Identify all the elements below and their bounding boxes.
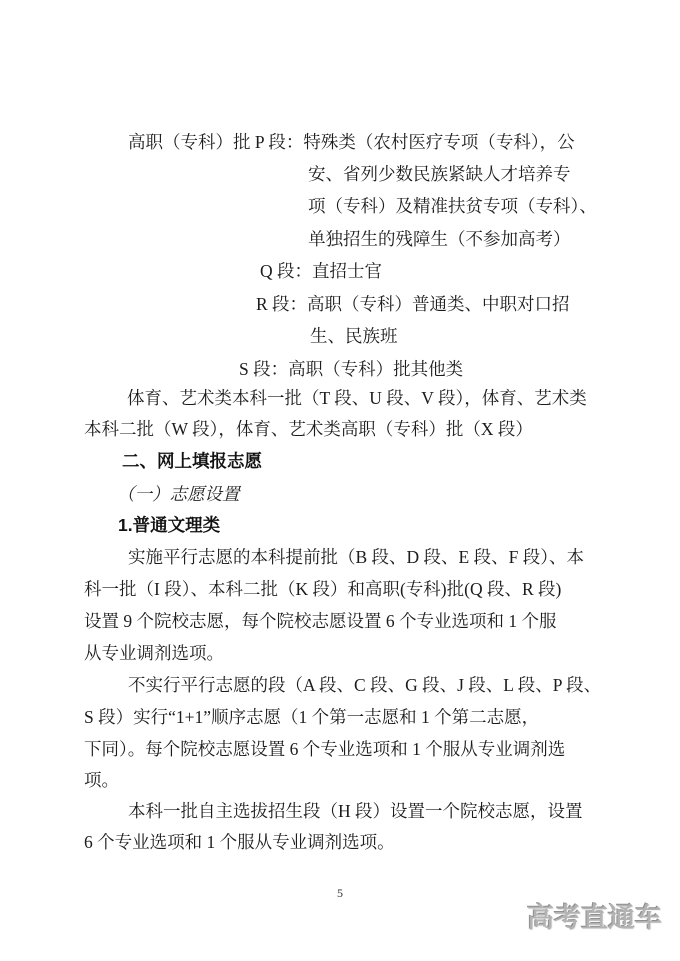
non-parallel-volunteer-para-line-2: S 段）实行“1+1”顺序志愿（1 个第一志愿和 1 个第二志愿， [84, 706, 539, 728]
section-heading-online-application: 二、网上填报志愿 [122, 450, 262, 472]
page-number: 5 [0, 886, 680, 901]
s-segment-definition-line: S 段：高职（专科）批其他类 [239, 358, 463, 380]
subheading-general-liberal-science: 1.普通文理类 [118, 514, 220, 536]
p-segment-definition-line-4: 单独招生的残障生（不参加高考） [308, 228, 571, 250]
parallel-volunteer-para-line-1: 实施平行志愿的本科提前批（B 段、D 段、E 段、F 段）、本 [128, 546, 584, 568]
r-segment-definition-line-1: R 段：高职（专科）普通类、中职对口招 [256, 293, 570, 315]
non-parallel-volunteer-para-line-4: 项。 [84, 769, 119, 791]
document-page: 高职（专科）批 P 段：特殊类（农村医疗专项（专科），公 安、省列少数民族紧缺人… [0, 0, 680, 961]
parallel-volunteer-para-line-3: 设置 9 个院校志愿，每个院校志愿设置 6 个专业选项和 1 个服 [84, 610, 557, 632]
r-segment-definition-line-2: 生、民族班 [310, 325, 398, 347]
parallel-volunteer-para-line-4: 从专业调剂选项。 [84, 642, 224, 664]
p-segment-definition-line-3: 项（专科）及精准扶贫专项（专科）、 [308, 195, 597, 217]
parallel-volunteer-para-line-2: 科一批（I 段）、本科二批（K 段）和高职(专科)批(Q 段、R 段) [84, 578, 561, 600]
independent-selection-para-line-2: 6 个专业选项和 1 个服从专业调剂选项。 [84, 831, 395, 853]
independent-selection-para-line-1: 本科一批自主选拔招生段（H 段）设置一个院校志愿，设置 [128, 800, 583, 822]
p-segment-definition-line-1: 高职（专科）批 P 段：特殊类（农村医疗专项（专科），公 [128, 131, 575, 153]
p-segment-definition-line-2: 安、省列少数民族紧缺人才培养专 [308, 163, 571, 185]
non-parallel-volunteer-para-line-1: 不实行平行志愿的段（A 段、C 段、G 段、J 段、L 段、P 段、 [128, 674, 601, 696]
non-parallel-volunteer-para-line-3: 下同）。每个院校志愿设置 6 个专业选项和 1 个服从专业调剂选 [84, 738, 565, 760]
q-segment-definition-line: Q 段：直招士官 [260, 260, 382, 282]
arts-sports-batch-line-1: 体育、艺术类本科一批（T 段、U 段、V 段），体育、艺术类 [127, 387, 587, 409]
watermark-gaokao-zhitongche: 高考直通车 [527, 901, 662, 935]
subsection-heading-volunteer-setup: （一）志愿设置 [117, 483, 240, 505]
arts-sports-batch-line-2: 本科二批（W 段），体育、艺术类高职（专科）批（X 段） [84, 418, 533, 440]
